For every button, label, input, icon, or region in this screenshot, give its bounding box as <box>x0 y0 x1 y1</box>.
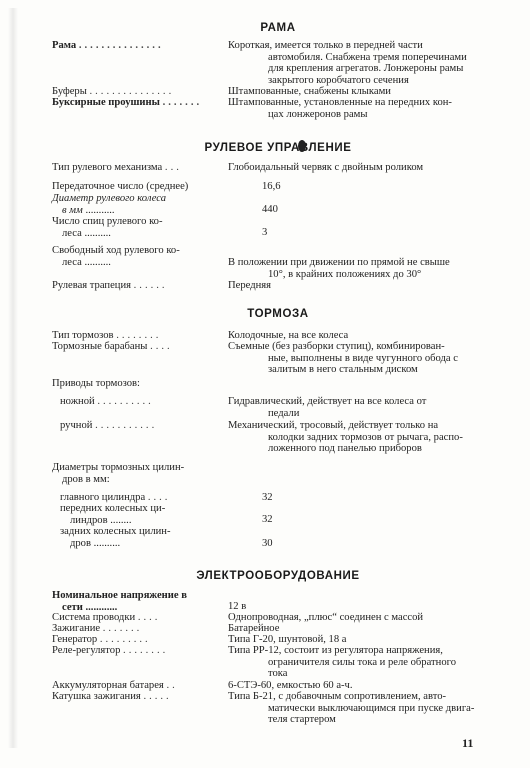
spec-value: Штампованные, снабжены клыками <box>228 86 503 98</box>
spec-value: Типа Б-21, с добавочным сопротивлением, … <box>228 691 503 726</box>
spec-label: Тип тормозов <box>52 330 114 341</box>
spec-label: Тип рулевого механизма <box>52 162 162 173</box>
spec-label: Приводы тормозов: <box>52 378 228 390</box>
spec-value: Передняя <box>228 280 503 292</box>
spec-value: Типа РР-12, состоит из регулятора напряж… <box>228 645 503 680</box>
spec-label-front-cylinders: передних колесных ци- линдров ........ <box>60 503 228 526</box>
spec-value: Гидравлический, действует на все колеса … <box>228 396 503 419</box>
spec-label: Передаточное число (среднее) <box>52 181 228 193</box>
page-number: 11 <box>462 736 473 751</box>
spec-label-rear-cylinders: задних колесных цилин- дров .......... <box>60 526 228 549</box>
spec-value: 32 <box>262 514 273 526</box>
spec-label-spokes: Число спиц рулевого ко- леса .......... <box>52 216 228 239</box>
spec-value: Колодочные, на все колеса <box>228 330 503 342</box>
spec-value: Механический, тросовый, действует только… <box>228 420 503 455</box>
spec-label: Реле-регулятор <box>52 645 120 656</box>
spec-value: 30 <box>262 538 273 550</box>
spec-label: главного цилиндра <box>60 492 145 503</box>
spec-label: ручной <box>60 420 92 431</box>
spec-value: 12 в <box>228 601 503 613</box>
section-title-brakes: ТОРМОЗА <box>52 308 504 320</box>
spec-label: Катушка зажигания <box>52 691 141 702</box>
spec-label-wheel-diameter: Диаметр рулевого колеса в мм ........... <box>52 193 228 216</box>
spec-label: Рама <box>52 40 76 51</box>
spec-label: ножной <box>60 396 95 407</box>
spec-label-free-play: Свободный ход рулевого ко- леса ........… <box>52 245 228 268</box>
spec-value: Съемные (без разборки ступиц), комбиниро… <box>228 341 503 376</box>
spec-value: 6-СТЭ-60, емкостью 60 а-ч. <box>228 680 503 692</box>
spec-label: Тормозные барабаны <box>52 341 147 352</box>
section-title-steering: РУЛЕВОЕ УПРАВЛЕНИЕ <box>52 142 504 154</box>
spec-label-voltage: Номинальное напряжение в сети ..........… <box>52 590 228 613</box>
spec-value: Батарейное <box>228 623 503 635</box>
spec-label: Генератор <box>52 634 97 645</box>
section-title-electrical: ЭЛЕКТРООБОРУДОВАНИЕ <box>52 570 504 582</box>
spec-value: 16,6 <box>262 181 281 193</box>
ink-smudge <box>298 140 306 152</box>
spec-label: Аккумуляторная батарея <box>52 680 164 691</box>
spec-value: В положении при движении по прямой не св… <box>228 257 503 280</box>
spec-label: Рулевая трапеция <box>52 280 131 291</box>
spec-value: Глобоидальный червяк с двойным роликом <box>228 162 503 174</box>
spec-value: 32 <box>262 492 273 504</box>
spec-value: Однопроводная, „плюс“ соединен с массой <box>228 612 503 624</box>
spec-label: Буферы <box>52 86 87 97</box>
section-title-frame: РАМА <box>52 22 504 34</box>
spec-value: Короткая, имеется только в передней част… <box>228 40 503 86</box>
page-edge-shadow <box>8 8 18 748</box>
spec-value: 3 <box>262 227 267 239</box>
spec-label: Зажигание <box>52 623 100 634</box>
spec-value: 440 <box>262 204 278 216</box>
spec-label: Буксирные проушины <box>52 97 160 108</box>
spec-value: Штампованные, установленные на передних … <box>228 97 503 120</box>
spec-label-cylinder-diameters: Диаметры тормозных цилин- дров в мм: <box>52 462 228 485</box>
spec-value: Типа Г-20, шунтовой, 18 а <box>228 634 503 646</box>
spec-label: Система проводки <box>52 612 135 623</box>
